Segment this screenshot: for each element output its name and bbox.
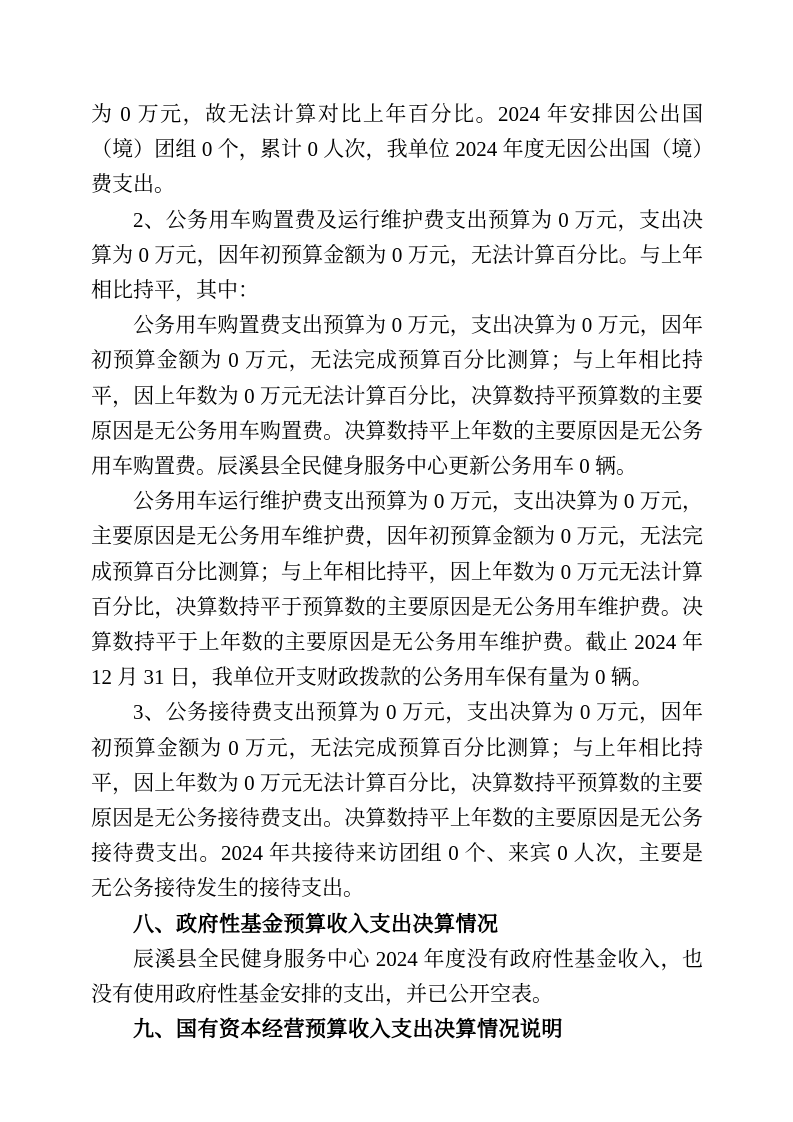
document-body: 为 0 万元，故无法计算对比上年百分比。2024 年安排因公出国（境）团组 0 … [91, 97, 703, 1047]
paragraph-official-reception-detail: 3、公务接待费支出预算为 0 万元，支出决算为 0 万元，因年初预算金额为 0 … [91, 695, 703, 906]
section-heading-state-capital-budget: 九、国有资本经营预算收入支出决算情况说明 [91, 1012, 703, 1047]
paragraph-vehicle-maintenance-detail: 公务用车运行维护费支出预算为 0 万元，支出决算为 0 万元，主要原因是无公务用… [91, 484, 703, 695]
paragraph-vehicle-purchase-and-maintenance-summary: 2、公务用车购置费及运行维护费支出预算为 0 万元，支出决算为 0 万元，因年初… [91, 203, 703, 309]
document-page: 为 0 万元，故无法计算对比上年百分比。2024 年安排因公出国（境）团组 0 … [0, 0, 793, 1122]
paragraph-vehicle-purchase-detail: 公务用车购置费支出预算为 0 万元，支出决算为 0 万元，因年初预算金额为 0 … [91, 308, 703, 484]
paragraph-continuation-foreign-travel: 为 0 万元，故无法计算对比上年百分比。2024 年安排因公出国（境）团组 0 … [91, 97, 703, 203]
paragraph-government-fund-statement: 辰溪县全民健身服务中心 2024 年度没有政府性基金收入，也没有使用政府性基金安… [91, 942, 703, 1012]
section-heading-government-fund-budget: 八、政府性基金预算收入支出决算情况 [91, 907, 703, 942]
